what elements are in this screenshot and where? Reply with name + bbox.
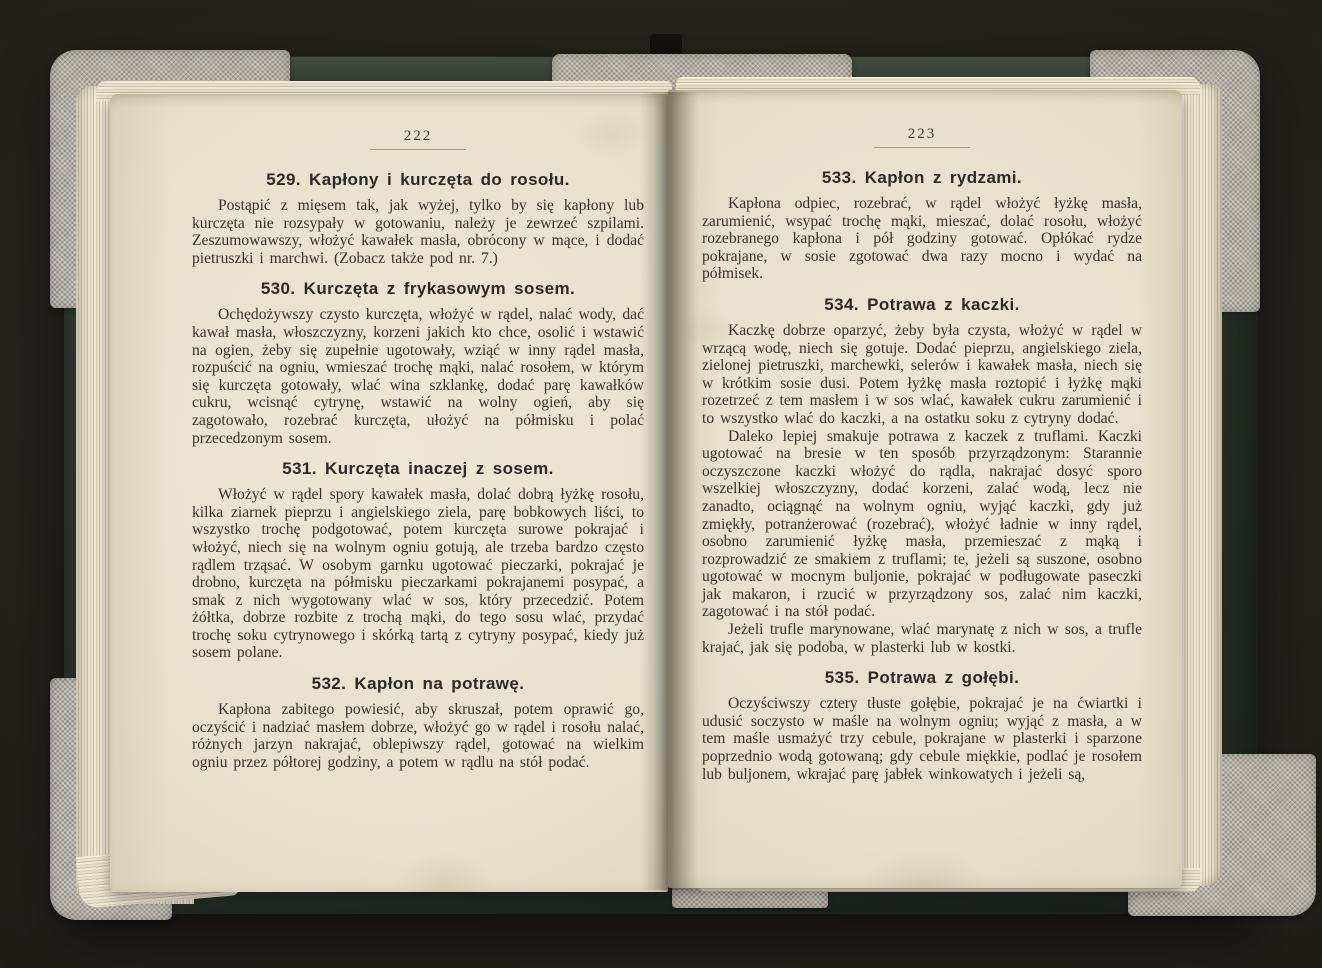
- page-left: 222 529. Kapłony i kurczęta do rosołu. P…: [110, 94, 668, 892]
- recipe-heading: 529. Kapłony i kurczęta do rosołu.: [192, 170, 644, 190]
- recipe-paragraph: Oczyściwszy cztery tłuste gołębie, pokra…: [702, 695, 1142, 783]
- recipe-heading: 535. Potrawa z gołębi.: [702, 668, 1142, 688]
- recipe-paragraph: Ochędożywszy czysto kurczęta, włożyć w r…: [192, 306, 644, 447]
- page-number: 222: [370, 128, 466, 150]
- recipe-section: 534. Potrawa z kaczki. Kaczkę dobrze opa…: [702, 295, 1142, 656]
- recipe-heading: 530. Kurczęta z frykasowym sosem.: [192, 279, 644, 299]
- recipe-section: 532. Kapłon na potrawę. Kapłona zabitego…: [192, 674, 644, 771]
- recipe-section: 533. Kapłon z rydzami. Kapłona odpiec, r…: [702, 168, 1142, 283]
- recipe-paragraph: Jeżeli trufle marynowane, wlać marynatę …: [702, 621, 1142, 656]
- recipe-heading: 531. Kurczęta inaczej z sosem.: [192, 459, 644, 479]
- recipe-section: 530. Kurczęta z frykasowym sosem. Ochędo…: [192, 279, 644, 447]
- page-right: 223 533. Kapłon z rydzami. Kapłona odpie…: [668, 90, 1182, 888]
- recipe-heading: 533. Kapłon z rydzami.: [702, 168, 1142, 188]
- recipe-paragraph: Kapłona zabitego powiesić, aby skruszał,…: [192, 701, 644, 771]
- recipe-section: 531. Kurczęta inaczej z sosem. Włożyć w …: [192, 459, 644, 662]
- page-number: 223: [874, 126, 970, 148]
- recipe-paragraph: Kapłona odpiec, rozebrać, w rądel włożyć…: [702, 195, 1142, 283]
- recipe-paragraph: Włożyć w rądel spory kawałek masła, dola…: [192, 486, 644, 662]
- recipe-section: 529. Kapłony i kurczęta do rosołu. Postą…: [192, 170, 644, 267]
- recipe-heading: 532. Kapłon na potrawę.: [192, 674, 644, 694]
- recipe-heading: 534. Potrawa z kaczki.: [702, 295, 1142, 315]
- recipe-paragraph: Daleko lepiej smakuje potrawa z kaczek z…: [702, 428, 1142, 622]
- recipe-section: 535. Potrawa z gołębi. Oczyściwszy czter…: [702, 668, 1142, 783]
- recipe-paragraph: Kaczkę dobrze oparzyć, żeby była czysta,…: [702, 322, 1142, 428]
- recipe-paragraph: Postąpić z mięsem tak, jak wyżej, tylko …: [192, 197, 644, 267]
